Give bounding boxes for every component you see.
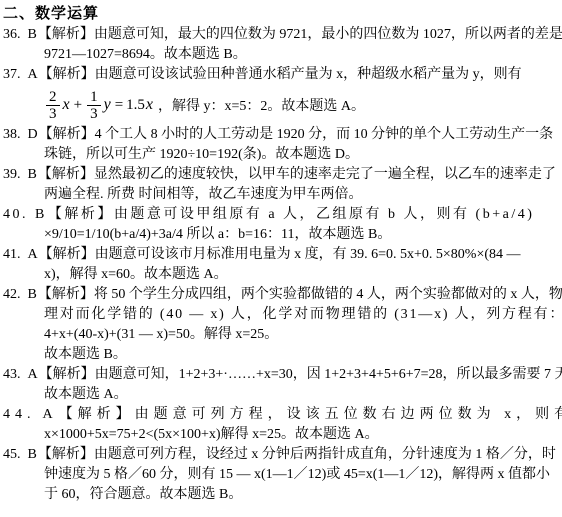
math-variable: x: [146, 96, 153, 114]
analysis-text: 由题意可列方程，设该五位数右边两位数为 x，则有: [135, 407, 562, 422]
analysis-marker: 【解析】: [39, 127, 95, 142]
analysis-cont-line: 珠链，所以可生产 1920÷10=192(条)。故本题选 D。: [44, 145, 559, 165]
math-variable: y: [104, 96, 111, 114]
analysis-text: 由题意可列方程，设经过 x 分钟后两指针成直角，分针速度为 1 格／分，时: [94, 447, 556, 462]
answer-letter: A: [28, 67, 38, 82]
answer-letter: A: [43, 407, 58, 422]
math-variable: x: [63, 96, 70, 114]
answer-letter: A: [28, 247, 38, 262]
math-expression: 23 x + 13 y = 1.5 x ，解得 y：x=5：2。故本题选 A。: [44, 85, 559, 125]
analysis-marker: 【解析】: [38, 447, 94, 462]
analysis-cont-line: 理对而化学错的 (40 — x) 人，化学对而物理错的 (31—x) 人，列方程…: [44, 305, 559, 325]
analysis-first-line: 40.B【解析】由题意可设甲组原有 a 人，乙组原有 b 人，则有 (b+a/4…: [3, 205, 559, 225]
solution-item-40: 40.B【解析】由题意可设甲组原有 a 人，乙组原有 b 人，则有 (b+a/4…: [3, 205, 559, 245]
analysis-cont-line: ×9/10=1/10(b+a/4)+3a/4 所以 a：b=16：11，故本题选…: [44, 225, 559, 245]
question-number: 42.: [3, 287, 21, 302]
analysis-text: 由题意可知，1+2+3+·……+x=30，因 1+2+3+4+5+6+7=28，…: [95, 367, 562, 382]
answer-letter: B: [35, 207, 47, 222]
analysis-marker: 【解析】: [39, 367, 95, 382]
analysis-cont-line: 9721—1027=8694。故本题选 B。: [44, 45, 559, 65]
analysis-first-line: 37.A【解析】由题意可设该试验田种普通水稻产量为 x，种超级水稻产量为 y，则…: [3, 65, 559, 85]
question-number: 40.: [3, 207, 28, 222]
answer-letter: B: [28, 287, 37, 302]
question-number: 37.: [3, 67, 21, 82]
analysis-first-line: 44.A【解析】由题意可列方程，设该五位数右边两位数为 x，则有: [3, 405, 559, 425]
analysis-cont-line: 两遍全程. 所费 时间相等，故乙车速度为甲车两倍。: [44, 185, 559, 205]
question-number: 39.: [3, 167, 21, 182]
analysis-first-line: 36.B【解析】由题意可知，最大的四位数为 9721，最小的四位数为 1027，…: [3, 25, 559, 45]
question-number: 38.: [3, 127, 21, 142]
analysis-cont-line: 钟速度为 5 格／60 分，则有 15 — x(1—1／12)或 45=x(1—…: [44, 465, 559, 485]
math-operator: =: [115, 97, 123, 114]
analysis-marker: 【解析】: [48, 207, 114, 222]
fraction-numerator: 2: [46, 89, 60, 106]
analysis-cont-line: 故本题选 B。: [44, 345, 559, 365]
fraction: 23: [46, 89, 60, 122]
solution-item-44: 44.A【解析】由题意可列方程，设该五位数右边两位数为 x，则有 x×1000+…: [3, 405, 559, 445]
analysis-cont-line: 4+x+(40-x)+(31 — x)=50。解得 x=25。: [44, 325, 559, 345]
analysis-text: 显然最初乙的速度较快，以甲车的速率走完了一遍全程，以乙车的速率走了: [94, 167, 556, 182]
analysis-text: ，解得 y：x=5：2。故本题选 A。: [158, 95, 365, 115]
analysis-cont-line: 于 60，符合题意。故本题选 B。: [44, 485, 559, 505]
analysis-first-line: 41.A【解析】由题意可设该市月标准用电量为 x 度，有 39. 6=0. 5x…: [3, 245, 559, 265]
solution-item-38: 38.D【解析】4 个工人 8 小时的人工劳动是 1920 分，而 10 分钟的…: [3, 125, 559, 165]
section-title: 二、数学运算: [3, 3, 559, 25]
analysis-marker: 【解析】: [39, 67, 95, 82]
fraction-denominator: 3: [87, 106, 101, 122]
answer-key-page: 二、数学运算 36.B【解析】由题意可知，最大的四位数为 9721，最小的四位数…: [0, 0, 562, 505]
analysis-first-line: 38.D【解析】4 个工人 8 小时的人工劳动是 1920 分，而 10 分钟的…: [3, 125, 559, 145]
analysis-marker: 【解析】: [38, 287, 94, 302]
solution-item-39: 39.B【解析】显然最初乙的速度较快，以甲车的速率走完了一遍全程，以乙车的速率走…: [3, 165, 559, 205]
solution-item-41: 41.A【解析】由题意可设该市月标准用电量为 x 度，有 39. 6=0. 5x…: [3, 245, 559, 285]
math-operator: +: [74, 97, 82, 114]
question-number: 44.: [3, 407, 36, 422]
fraction-numerator: 1: [87, 89, 101, 106]
analysis-marker: 【解析】: [38, 27, 94, 42]
solution-item-37: 37.A【解析】由题意可设该试验田种普通水稻产量为 x，种超级水稻产量为 y，则…: [3, 65, 559, 125]
answer-letter: B: [28, 27, 37, 42]
analysis-first-line: 45.B【解析】由题意可列方程，设经过 x 分钟后两指针成直角，分针速度为 1 …: [3, 445, 559, 465]
question-number: 36.: [3, 27, 21, 42]
question-number: 45.: [3, 447, 21, 462]
question-number: 43.: [3, 367, 21, 382]
answer-letter: B: [28, 447, 37, 462]
analysis-first-line: 42.B【解析】将 50 个学生分成四组，两个实验都做错的 4 人，两个实验都做…: [3, 285, 559, 305]
answer-letter: D: [28, 127, 38, 142]
analysis-cont-line: x)，解得 x=60。故本题选 A。: [44, 265, 559, 285]
analysis-text: 由题意可设该试验田种普通水稻产量为 x，种超级水稻产量为 y，则有: [95, 67, 522, 82]
analysis-marker: 【解析】: [39, 247, 95, 262]
question-number: 41.: [3, 247, 21, 262]
analysis-text: 将 50 个学生分成四组，两个实验都做错的 4 人，两个实验都做对的 x 人，物: [94, 287, 562, 302]
math-number: 1.5: [126, 97, 145, 114]
analysis-first-line: 39.B【解析】显然最初乙的速度较快，以甲车的速率走完了一遍全程，以乙车的速率走…: [3, 165, 559, 185]
solution-item-45: 45.B【解析】由题意可列方程，设经过 x 分钟后两指针成直角，分针速度为 1 …: [3, 445, 559, 505]
answer-letter: A: [28, 367, 38, 382]
analysis-text: 由题意可设甲组原有 a 人，乙组原有 b 人，则有 (b+a/4): [114, 207, 535, 222]
analysis-text: 4 个工人 8 小时的人工劳动是 1920 分，而 10 分钟的单个人工劳动生产…: [95, 127, 554, 142]
analysis-cont-line: x×1000+5x=75+2<(5x×100+x)解得 x=25。故本题选 A。: [44, 425, 559, 445]
analysis-cont-line: 故本题选 A。: [44, 385, 559, 405]
solution-item-36: 36.B【解析】由题意可知，最大的四位数为 9721，最小的四位数为 1027，…: [3, 25, 559, 65]
fraction: 13: [87, 89, 101, 122]
solution-item-42: 42.B【解析】将 50 个学生分成四组，两个实验都做错的 4 人，两个实验都做…: [3, 285, 559, 365]
analysis-first-line: 43.A【解析】由题意可知，1+2+3+·……+x=30，因 1+2+3+4+5…: [3, 365, 559, 385]
answer-letter: B: [28, 167, 37, 182]
analysis-text: 由题意可设该市月标准用电量为 x 度，有 39. 6=0. 5x+0. 5×80…: [95, 247, 521, 262]
solution-item-43: 43.A【解析】由题意可知，1+2+3+·……+x=30，因 1+2+3+4+5…: [3, 365, 559, 405]
analysis-marker: 【解析】: [38, 167, 94, 182]
analysis-marker: 【解析】: [59, 407, 135, 422]
analysis-text: 由题意可知，最大的四位数为 9721，最小的四位数为 1027，所以两者的差是: [94, 27, 562, 42]
fraction-denominator: 3: [46, 106, 60, 122]
